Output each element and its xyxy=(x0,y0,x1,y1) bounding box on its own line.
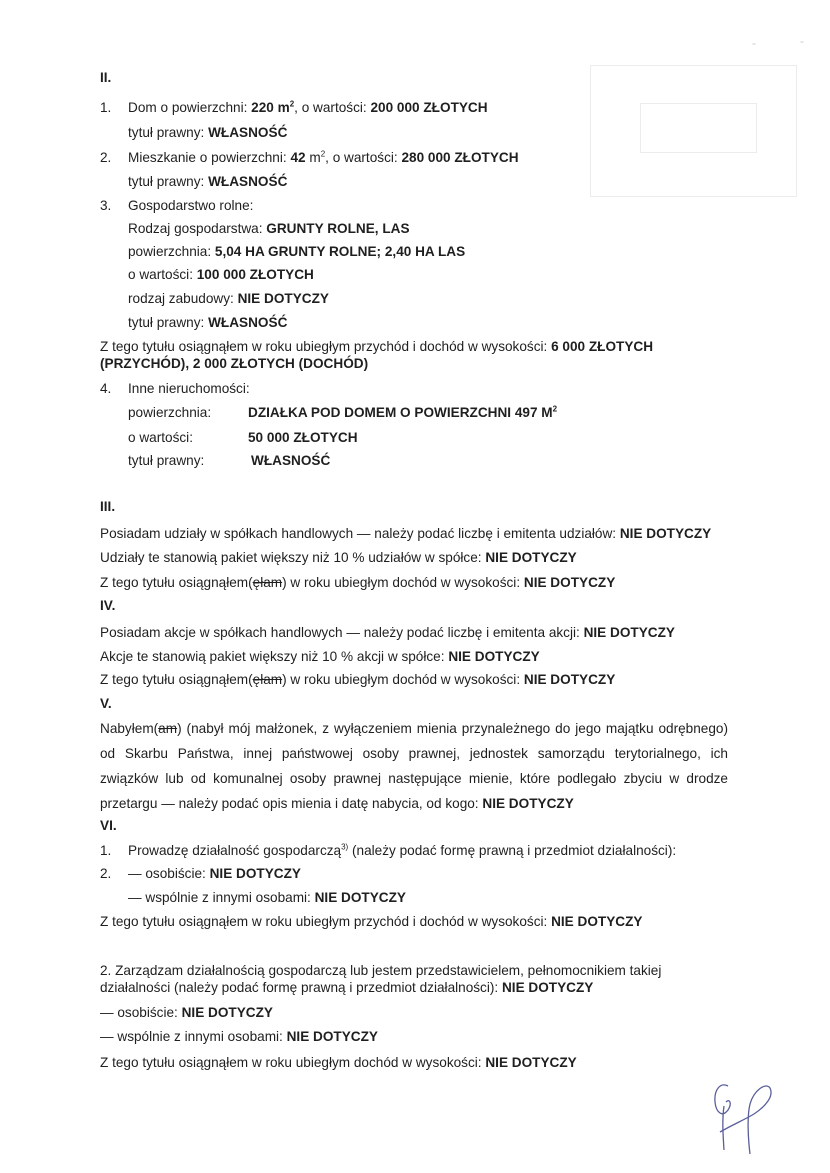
label: przetargu — należy podać opis mienia i d… xyxy=(100,796,482,811)
acquired-para-line-1: Nabyłem(am) (nabył mój małżonek, z wyłąc… xyxy=(100,721,728,737)
label: o wartości: xyxy=(128,267,197,282)
value: GRUNTY ROLNE, LAS xyxy=(266,221,409,236)
label: — osobiście: xyxy=(128,866,210,881)
label: powierzchnia: xyxy=(128,244,215,259)
value: NIE DOTYCZY xyxy=(551,914,642,929)
item-2-title: tytuł prawny: WŁASNOŚĆ xyxy=(128,174,287,190)
value: 50 000 ZŁOTYCH xyxy=(248,430,358,446)
label: ) (nabył mój małżonek, z wyłączeniem mie… xyxy=(177,721,728,736)
label: Inne nieruchomości: xyxy=(128,381,250,397)
manage-line-1: 2. Zarządzam działalnością gospodarczą l… xyxy=(100,963,661,979)
stocks-line: Posiadam akcje w spółkach handlowych — n… xyxy=(100,625,675,641)
business-income: Z tego tytułu osiągnąłem w roku ubiegłym… xyxy=(100,914,642,930)
label: — wspólnie z innymi osobami: xyxy=(128,890,315,905)
other-title: tytuł prawny: WŁASNOŚĆ xyxy=(128,453,204,469)
manage-personal: — osobiście: NIE DOTYCZY xyxy=(100,1005,273,1021)
label: Dom o powierzchni: xyxy=(128,100,251,115)
shares-pct-line: Udziały te stanowią pakiet większy niż 1… xyxy=(100,550,577,566)
label: Akcje te stanowią pakiet większy niż 10 … xyxy=(100,649,448,664)
label: (należy podać formę prawną i przedmiot d… xyxy=(348,843,676,858)
value: NIE DOTYCZY xyxy=(485,1055,576,1070)
label: Udziały te stanowią pakiet większy niż 1… xyxy=(100,550,485,565)
section-ii-heading: II. xyxy=(100,70,111,86)
label: — wspólnie z innymi osobami: xyxy=(100,1029,287,1044)
struck-text: ęłam xyxy=(253,575,282,590)
label: rodzaj zabudowy: xyxy=(128,291,238,306)
label: Mieszkanie o powierzchni: xyxy=(128,150,290,165)
apartment-title: WŁASNOŚĆ xyxy=(208,174,287,189)
house-area: 220 m xyxy=(251,100,290,115)
item-1-house: 1. Dom o powierzchni: 220 m2, o wartości… xyxy=(100,100,111,116)
value: NIE DOTYCZY xyxy=(485,550,576,565)
farm-type: Rodzaj gospodarstwa: GRUNTY ROLNE, LAS xyxy=(128,221,410,237)
signature-initials xyxy=(700,1080,800,1160)
house-title: WŁASNOŚĆ xyxy=(208,125,287,140)
value: NIE DOTYCZY xyxy=(238,291,329,306)
item-4-other: 4. Inne nieruchomości: xyxy=(100,381,111,397)
stocks-pct-line: Akcje te stanowią pakiet większy niż 10 … xyxy=(100,649,540,665)
unit: m xyxy=(306,150,321,165)
acquired-para-line-4: przetargu — należy podać opis mienia i d… xyxy=(100,796,574,812)
value: 5,04 HA GRUNTY ROLNE; 2,40 HA LAS xyxy=(215,244,465,259)
label: Posiadam udziały w spółkach handlowych —… xyxy=(100,526,620,541)
stocks-income-line: Z tego tytułu osiągnąłem(ęłam) w roku ub… xyxy=(100,672,615,688)
label: tytuł prawny: xyxy=(128,315,208,330)
label: Z tego tytułu osiągnąłem w roku ubiegłym… xyxy=(100,339,551,354)
business-item-1: 1. Prowadzę działalność gospodarczą3) (n… xyxy=(100,843,111,859)
item-number: 1. xyxy=(100,100,111,115)
struck-text: ęłam xyxy=(253,672,282,687)
label: ) w roku ubiegłym dochód w wysokości: xyxy=(282,672,524,687)
farm-value: o wartości: 100 000 ZŁOTYCH xyxy=(128,267,314,283)
acquired-para-line-2: od Skarbu Państwa, innej państwowej osob… xyxy=(100,746,728,762)
business-joint: — wspólnie z innymi osobami: NIE DOTYCZY xyxy=(128,890,406,906)
value: NIE DOTYCZY xyxy=(482,796,573,811)
label: Posiadam akcje w spółkach handlowych — n… xyxy=(100,625,584,640)
label: działalności (należy podać formę prawną … xyxy=(100,980,502,995)
label: Z tego tytułu osiągnąłem w roku ubiegłym… xyxy=(100,1055,485,1070)
value: NIE DOTYCZY xyxy=(502,980,593,995)
apartment-area: 42 xyxy=(290,150,305,165)
farm-area: powierzchnia: 5,04 HA GRUNTY ROLNE; 2,40… xyxy=(128,244,465,260)
struck-text: am xyxy=(158,721,177,736)
label: , o wartości: xyxy=(325,150,401,165)
item-2-apartment: 2. Mieszkanie o powierzchni: 42 m2, o wa… xyxy=(100,150,111,166)
manage-joint: — wspólnie z innymi osobami: NIE DOTYCZY xyxy=(100,1029,378,1045)
value: DZIAŁKA POD DOMEM O POWIERZCHNI 497 M xyxy=(248,405,553,420)
other-value: o wartości: 50 000 ZŁOTYCH xyxy=(128,430,193,446)
shares-line: Posiadam udziały w spółkach handlowych —… xyxy=(100,526,711,542)
item-number: 4. xyxy=(100,381,111,396)
other-area: powierzchnia: DZIAŁKA POD DOMEM O POWIER… xyxy=(128,405,211,421)
farm-title: tytuł prawny: WŁASNOŚĆ xyxy=(128,315,287,331)
sup: 2 xyxy=(553,404,557,413)
item-number: 3. xyxy=(100,198,111,213)
section-iii-heading: III. xyxy=(100,499,115,515)
label: Nabyłem( xyxy=(100,721,158,736)
label: — osobiście: xyxy=(100,1005,182,1020)
value: NIE DOTYCZY xyxy=(448,649,539,664)
label: Gospodarstwo rolne: xyxy=(128,198,253,214)
house-value: 200 000 ZŁOTYCH xyxy=(370,100,487,115)
item-number: 1. xyxy=(100,843,111,858)
label: tytuł prawny: xyxy=(128,453,204,468)
label: , o wartości: xyxy=(294,100,370,115)
corner-mark: - xyxy=(800,34,804,48)
section-vi-heading: VI. xyxy=(100,818,117,834)
label: powierzchnia: xyxy=(128,405,211,420)
item-number: 2. xyxy=(100,150,111,165)
shares-income-line: Z tego tytułu osiągnąłem(ęłam) w roku ub… xyxy=(100,575,615,591)
section-v-heading: V. xyxy=(100,696,112,712)
corner-mark: - xyxy=(752,36,756,50)
value: NIE DOTYCZY xyxy=(315,890,406,905)
value: NIE DOTYCZY xyxy=(524,575,615,590)
section-iv-heading: IV. xyxy=(100,598,115,614)
label: Z tego tytułu osiągnąłem( xyxy=(100,575,253,590)
value: NIE DOTYCZY xyxy=(620,526,711,541)
farm-income: Z tego tytułu osiągnąłem w roku ubiegłym… xyxy=(100,339,653,355)
label: Z tego tytułu osiągnąłem( xyxy=(100,672,253,687)
manage-income: Z tego tytułu osiągnąłem w roku ubiegłym… xyxy=(100,1055,577,1071)
value: 100 000 ZŁOTYCH xyxy=(197,267,314,282)
value: 6 000 ZŁOTYCH xyxy=(551,339,653,354)
item-number: 2. xyxy=(100,866,111,881)
acquired-para-line-3: związków lub od komunalnej osoby prawnej… xyxy=(100,771,728,787)
apartment-value: 280 000 ZŁOTYCH xyxy=(401,150,518,165)
value: NIE DOTYCZY xyxy=(182,1005,273,1020)
label: Rodzaj gospodarstwa: xyxy=(128,221,266,236)
bleed-through-stamp-inner xyxy=(640,103,757,153)
label: o wartości: xyxy=(128,430,193,445)
label: ) w roku ubiegłym dochód w wysokości: xyxy=(282,575,524,590)
label: tytuł prawny: xyxy=(128,125,208,140)
value: NIE DOTYCZY xyxy=(287,1029,378,1044)
item-1-title: tytuł prawny: WŁASNOŚĆ xyxy=(128,125,287,141)
item-3-farm: 3. Gospodarstwo rolne: xyxy=(100,198,111,214)
label: Prowadzę działalność gospodarczą xyxy=(128,843,341,858)
farm-income-cont: (PRZYCHÓD), 2 000 ZŁOTYCH (DOCHÓD) xyxy=(100,356,368,372)
label: tytuł prawny: xyxy=(128,174,208,189)
value: WŁASNOŚĆ xyxy=(251,453,330,469)
value: NIE DOTYCZY xyxy=(210,866,301,881)
manage-line-2: działalności (należy podać formę prawną … xyxy=(100,980,593,996)
value: NIE DOTYCZY xyxy=(584,625,675,640)
value: NIE DOTYCZY xyxy=(524,672,615,687)
label: Z tego tytułu osiągnąłem w roku ubiegłym… xyxy=(100,914,551,929)
farm-building: rodzaj zabudowy: NIE DOTYCZY xyxy=(128,291,329,307)
value: WŁASNOŚĆ xyxy=(208,315,287,330)
business-item-2: 2. — osobiście: NIE DOTYCZY xyxy=(100,866,111,882)
